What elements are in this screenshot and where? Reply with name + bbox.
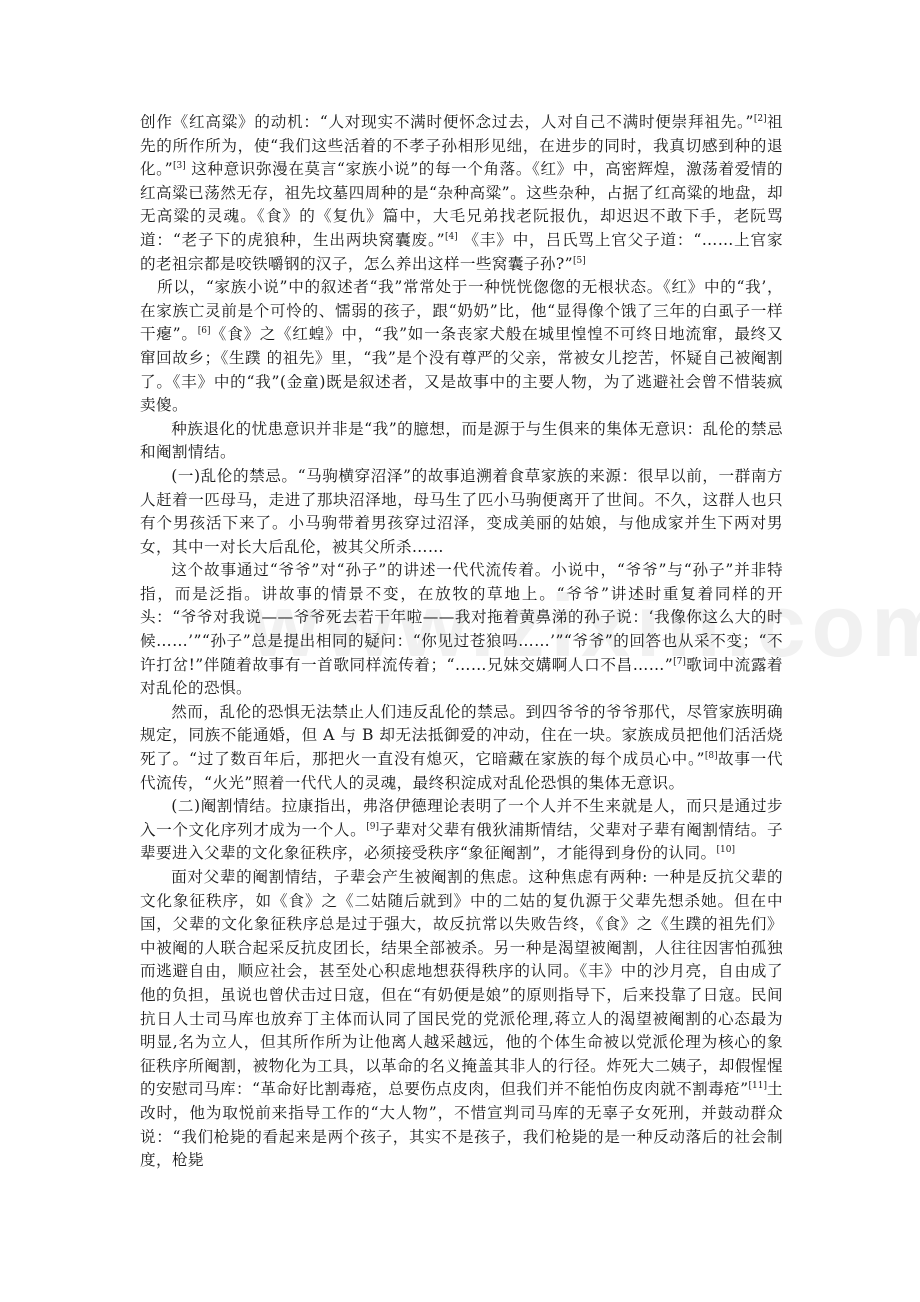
paragraph: 面对父辈的阉割情结，子辈会产生被阉割的焦虑。这种焦虑有两种: 一种是反抗父辈的文…: [140, 866, 783, 1173]
footnote-ref: [4]: [445, 232, 458, 242]
footnote-ref: [8]: [705, 751, 718, 761]
footnote-ref: [11]: [749, 1081, 767, 1091]
footnote-ref: [7]: [673, 657, 686, 667]
footnote-ref: [2]: [754, 114, 767, 124]
text-segment: 创作《红高粱》的动机：“人对现实不满时便怀念过去，人对自己不满时便崇拜祖先。”: [140, 113, 754, 131]
text-segment: 《食》之《红蝗》中，“我”如一条丧家犬般在城里惶惶不可终日地流窜，最终又窜回故乡…: [140, 325, 783, 414]
paragraph: 这个故事通过“爷爷”对“孙子”的讲述一代代流传着。小说中，“爷爷”与“孙子”并非…: [140, 559, 783, 701]
paragraph: (二)阉割情结。拉康指出，弗洛伊德理论表明了一个人并不生来就是人，而只是通过步入…: [140, 795, 783, 866]
paragraph: 所以，“家族小说”中的叙述者“我”常常处于一种恍恍偬偬的无根状态。《红》中的“我…: [140, 276, 783, 418]
text-segment: 面对父辈的阉割情结，子辈会产生被阉割的焦虑。这种焦虑有两种: 一种是反抗父辈的文…: [140, 868, 783, 1098]
text-segment: 种族退化的忧患意识并非是“我”的臆想，而是源于与生俱来的集体无意识：乱伦的禁忌和…: [140, 420, 783, 462]
footnote-ref: [5]: [573, 256, 586, 266]
document-body: 创作《红高粱》的动机：“人对现实不满时便怀念过去，人对自己不满时便崇拜祖先。”[…: [140, 111, 783, 1173]
paragraph: 创作《红高粱》的动机：“人对现实不满时便怀念过去，人对自己不满时便崇拜祖先。”[…: [140, 111, 783, 276]
footnote-ref: [10]: [717, 845, 735, 855]
paragraph: (一)乱伦的禁忌。“马驹横穿沼泽”的故事追溯着食草家族的来源：很早以前，一群南方…: [140, 465, 783, 559]
text-segment: 然而，乱伦的恐惧无法禁止人们违反乱伦的禁忌。到四爷爷的爷爷那代，尽管家族明确规定…: [140, 703, 783, 768]
paragraph: 种族退化的忧患意识并非是“我”的臆想，而是源于与生俱来的集体无意识：乱伦的禁忌和…: [140, 418, 783, 465]
paragraph: 然而，乱伦的恐惧无法禁止人们违反乱伦的禁忌。到四爷爷的爷爷那代，尽管家族明确规定…: [140, 701, 783, 795]
text-segment: (一)乱伦的禁忌。“马驹横穿沼泽”的故事追溯着食草家族的来源：很早以前，一群南方…: [140, 467, 783, 556]
footnote-ref: [3]: [173, 161, 186, 171]
footnote-ref: [6]: [198, 326, 211, 336]
footnote-ref: [9]: [366, 822, 379, 832]
